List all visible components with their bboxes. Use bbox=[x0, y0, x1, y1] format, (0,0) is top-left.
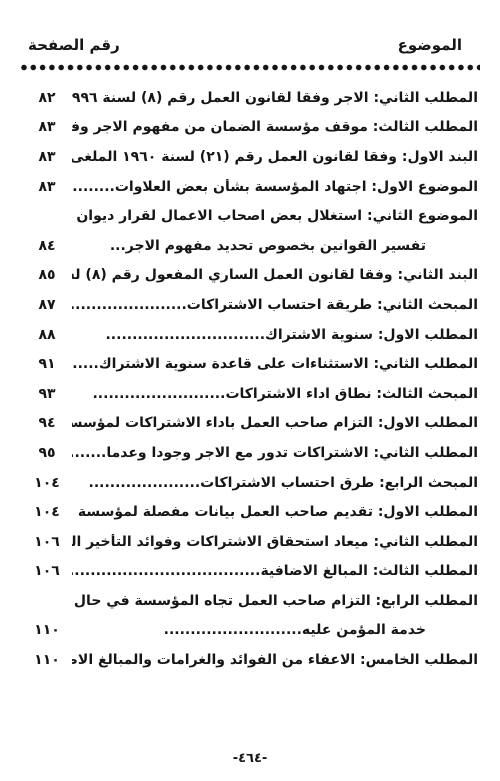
toc-entry-title: المطلب الثاني: الاجر وفقا لقانون العمل ر… bbox=[72, 90, 478, 106]
toc-entry-title: المبحث الرابع: طرق احتساب الاشتراكات....… bbox=[72, 475, 478, 491]
toc-entry-page: ٩١ bbox=[22, 356, 72, 372]
toc-entry-page: ٨٣ bbox=[22, 179, 72, 195]
toc-entry-page: ٨٧ bbox=[22, 297, 72, 313]
toc-entry: المطلب الثاني: الاستثناءات على قاعدة سنو… bbox=[22, 349, 478, 379]
toc-entry-title: المطلب الاول: تقديم صاحب العمل بيانات مف… bbox=[72, 504, 478, 520]
toc-entry: المطلب الاول: تقديم صاحب العمل بيانات مف… bbox=[22, 497, 478, 527]
toc-entry-page: ٨٢ bbox=[22, 90, 72, 106]
toc-entry-title: تفسير القوانين بخصوص تحديد مفهوم الاجر..… bbox=[72, 238, 478, 254]
toc-entry-title: المبحث الثاني: طريقة احتساب الاشتراكات..… bbox=[72, 297, 478, 313]
toc-entry: الموضوع الاول: اجتهاد المؤسسة بشأن بعض ا… bbox=[22, 172, 478, 202]
page-number-column-label: رقم الصفحة bbox=[28, 36, 120, 54]
toc-entry-page: ١٠٦ bbox=[22, 563, 72, 579]
toc-entry-page: ٨٤ bbox=[22, 238, 72, 254]
toc-entry-title: المطلب الثاني: الاشتراكات تدور مع الاجر … bbox=[72, 445, 478, 461]
toc-entry: المطلب الرابع: التزام صاحب العمل تجاه ال… bbox=[22, 586, 478, 616]
toc-entry: الموضوع الثاني: استغلال بعض اصحاب الاعما… bbox=[22, 201, 478, 231]
toc-entry: المطلب الثالث: موقف مؤسسة الضمان من مفهو… bbox=[22, 113, 478, 143]
toc-entry-page: ١٠٤ bbox=[22, 475, 72, 491]
book-page-number-text: -٤٦٤- bbox=[233, 751, 268, 766]
toc-entry-page: ٩٣ bbox=[22, 386, 72, 402]
toc-entry: المطلب الثاني: الاجر وفقا لقانون العمل ر… bbox=[22, 83, 478, 113]
toc-entry-title: البند الثاني: وفقا لقانون العمل الساري ا… bbox=[72, 267, 478, 283]
toc-entry-title: المبحث الثالث: نطاق اداء الاشتراكات.....… bbox=[72, 386, 478, 402]
toc-entry-title: المطلب الاول: التزام صاحب العمل باداء ال… bbox=[72, 415, 478, 431]
toc-entry-page: ٨٣ bbox=[22, 119, 72, 135]
subject-column-label: الموضوع bbox=[398, 36, 462, 54]
toc-entry-title: المطلب الخامس: الاعفاء من الفوائد والغرا… bbox=[72, 652, 478, 668]
toc-entry: خدمة المؤمن عليه........................… bbox=[22, 616, 478, 646]
toc-page: الموضوع رقم الصفحة المطلب الثاني: الاجر … bbox=[0, 0, 500, 781]
toc-entry: المطلب الاول: سنوية الاشتراك............… bbox=[22, 320, 478, 350]
toc-entry-title: خدمة المؤمن عليه........................… bbox=[72, 622, 478, 638]
toc-entry: المبحث الثاني: طريقة احتساب الاشتراكات..… bbox=[22, 290, 478, 320]
toc-entry: المبحث الرابع: طرق احتساب الاشتراكات....… bbox=[22, 468, 478, 498]
toc-entry-title: المطلب الثالث: المبالغ الاضافية.........… bbox=[72, 563, 478, 579]
toc-entry-title: المطلب الاول: سنوية الاشتراك............… bbox=[72, 327, 478, 343]
toc-entry-page: ٨٨ bbox=[22, 327, 72, 343]
toc-entry-page: ٩٤ bbox=[22, 415, 72, 431]
toc-entry: المطلب الاول: التزام صاحب العمل باداء ال… bbox=[22, 409, 478, 439]
toc-entry: البند الاول: وفقا لقانون العمل رقم (٢١) … bbox=[22, 142, 478, 172]
toc-entry-page: ١٠٤ bbox=[22, 504, 72, 520]
toc-entry: المبحث الثالث: نطاق اداء الاشتراكات.....… bbox=[22, 379, 478, 409]
toc-header: الموضوع رقم الصفحة bbox=[22, 36, 478, 54]
toc-entry-page: ٨٣ bbox=[22, 149, 72, 165]
toc-entry: تفسير القوانين بخصوص تحديد مفهوم الاجر..… bbox=[22, 231, 478, 261]
toc-entry-title: البند الاول: وفقا لقانون العمل رقم (٢١) … bbox=[72, 149, 478, 165]
toc-entry-page: ١١٠ bbox=[22, 652, 72, 668]
toc-entry: البند الثاني: وفقا لقانون العمل الساري ا… bbox=[22, 261, 478, 291]
book-page-number: -٤٦٤- bbox=[0, 751, 500, 766]
toc-entry: المطلب الثاني: الاشتراكات تدور مع الاجر … bbox=[22, 438, 478, 468]
toc-entry-page: ١٠٦ bbox=[22, 534, 72, 550]
toc-entry-page: ٨٥ bbox=[22, 267, 72, 283]
toc-entry-title: الموضوع الثاني: استغلال بعض اصحاب الاعما… bbox=[72, 208, 478, 224]
toc-entry: المطلب الثالث: المبالغ الاضافية.........… bbox=[22, 557, 478, 587]
toc-list: المطلب الثاني: الاجر وفقا لقانون العمل ر… bbox=[22, 83, 478, 675]
toc-entry: المطلب الثاني: ميعاد استحقاق الاشتراكات … bbox=[22, 527, 478, 557]
toc-entry-title: الموضوع الاول: اجتهاد المؤسسة بشأن بعض ا… bbox=[72, 179, 478, 195]
toc-entry-title: المطلب الرابع: التزام صاحب العمل تجاه ال… bbox=[72, 593, 478, 609]
dotted-separator bbox=[20, 63, 480, 72]
toc-entry: المطلب الخامس: الاعفاء من الفوائد والغرا… bbox=[22, 645, 478, 675]
toc-entry-page: ١١٠ bbox=[22, 622, 72, 638]
toc-entry-title: المطلب الثالث: موقف مؤسسة الضمان من مفهو… bbox=[72, 119, 478, 135]
toc-entry-title: المطلب الثاني: ميعاد استحقاق الاشتراكات … bbox=[72, 534, 478, 550]
toc-entry-title: المطلب الثاني: الاستثناءات على قاعدة سنو… bbox=[72, 356, 478, 372]
toc-entry-page: ٩٥ bbox=[22, 445, 72, 461]
